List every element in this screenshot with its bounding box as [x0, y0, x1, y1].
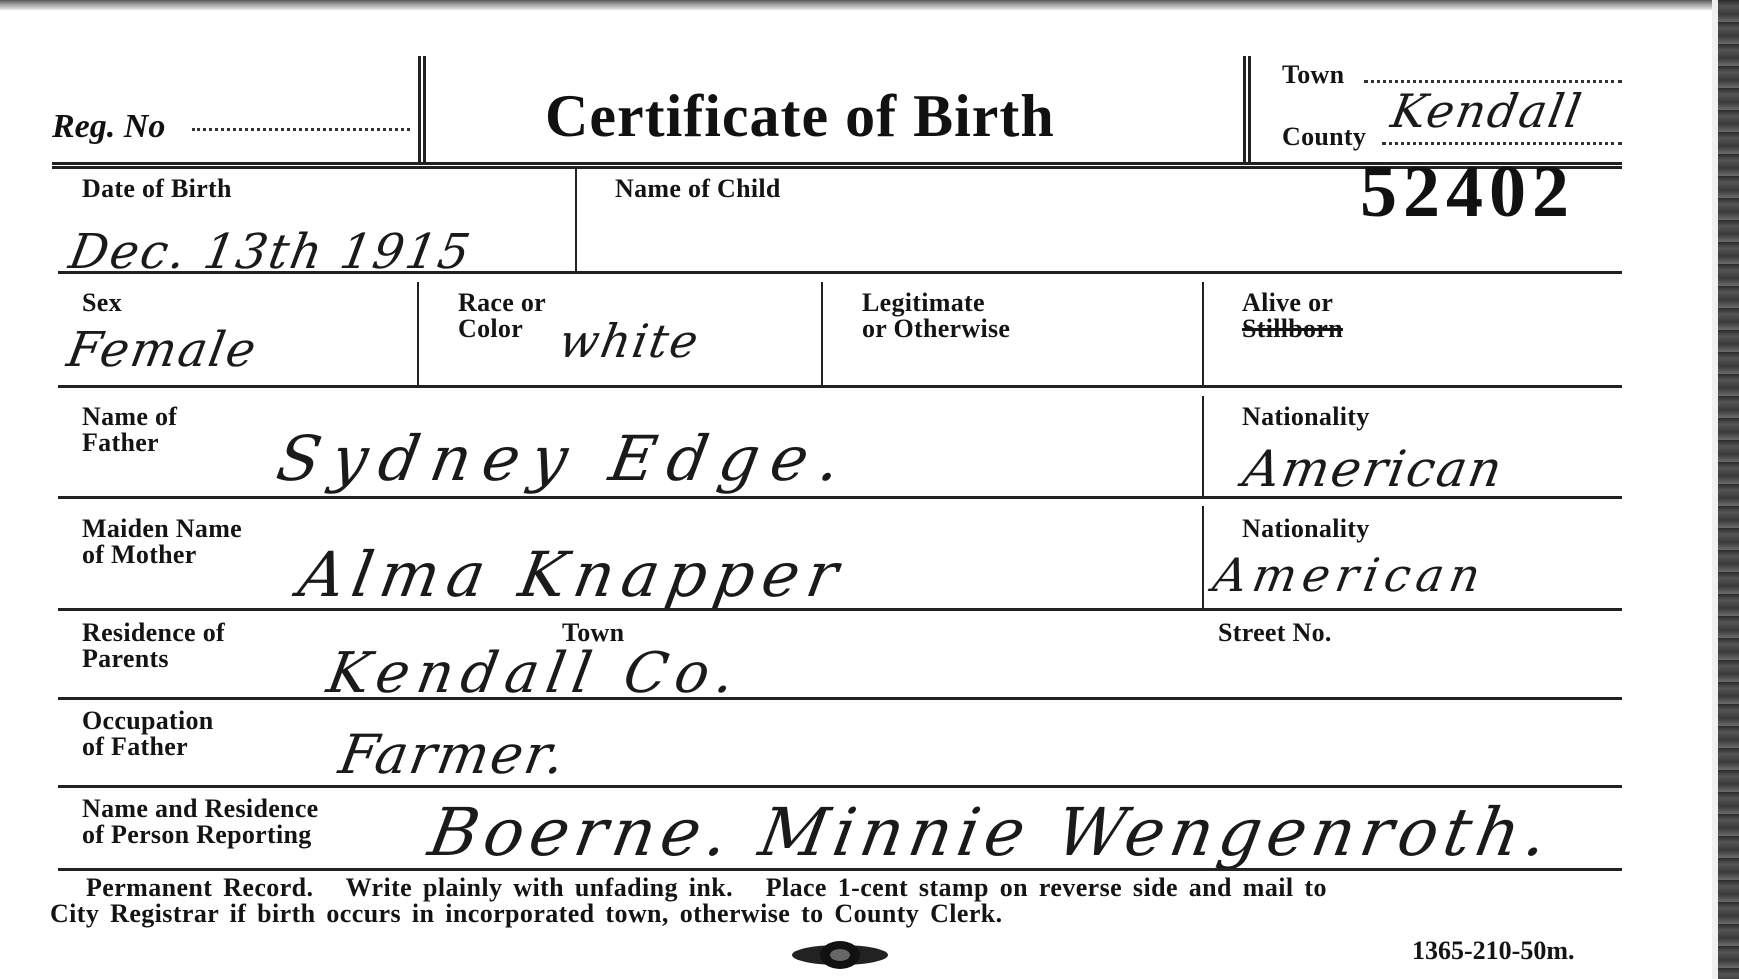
race-label-line2: Color — [458, 316, 523, 342]
mother-name-label-line1: Maiden Name — [82, 516, 242, 542]
row-rule — [58, 385, 1622, 388]
county-field[interactable] — [1382, 142, 1622, 145]
sex-value: Female — [64, 326, 261, 374]
name-of-child-label: Name of Child — [615, 176, 781, 202]
header-divider-left — [418, 56, 426, 164]
race-label-line1: Race or — [458, 290, 546, 316]
reg-no-label: Reg. No — [52, 108, 165, 146]
union-bug-icon — [790, 940, 890, 970]
row-rule — [58, 785, 1622, 788]
row-rule — [58, 496, 1622, 499]
street-no-value[interactable] — [1218, 650, 1608, 690]
mother-nationality-value: American — [1210, 552, 1490, 598]
mother-name-label-line2: of Mother — [82, 542, 197, 568]
residence-value: Kendall Co. — [323, 646, 747, 702]
mother-nationality-label: Nationality — [1242, 516, 1370, 542]
legitimate-label-line1: Legitimate — [862, 290, 985, 316]
certificate-number: 52402 — [1360, 150, 1575, 235]
reporter-label-line2: of Person Reporting — [82, 822, 312, 848]
divider — [821, 282, 823, 386]
county-label: County — [1282, 124, 1366, 150]
town-field[interactable] — [1364, 80, 1622, 83]
reporter-label-line1: Name and Residence — [82, 796, 319, 822]
town-label: Town — [1282, 62, 1344, 88]
row-rule — [58, 271, 1622, 274]
occupation-label-line1: Occupation — [82, 708, 214, 734]
divider — [1202, 396, 1204, 496]
legitimate-label-line2: or Otherwise — [862, 316, 1010, 342]
name-of-child-value[interactable] — [615, 215, 1375, 265]
stillborn-label-struck: Stillborn — [1242, 316, 1343, 342]
row-rule — [58, 697, 1622, 700]
print-code: 1365-210-50m. — [1412, 936, 1574, 966]
occupation-label-line2: of Father — [82, 734, 188, 760]
footer-line-1: Permanent Record. Write plainly with unf… — [50, 875, 1327, 901]
page-title: Certificate of Birth — [545, 82, 1055, 151]
residence-label-line1: Residence of — [82, 620, 225, 646]
divider — [417, 282, 419, 386]
father-name-value: Sydney Edge. — [273, 428, 858, 490]
reporter-value: Boerne. Minnie Wengenroth. — [424, 800, 1558, 866]
alive-label-line1: Alive or — [1242, 290, 1333, 316]
header-divider-right — [1243, 56, 1251, 164]
divider — [1202, 506, 1204, 608]
date-of-birth-label: Date of Birth — [82, 176, 232, 202]
father-name-label-line2: Father — [82, 430, 159, 456]
father-nationality-label: Nationality — [1242, 404, 1370, 430]
scan-top-edge — [0, 0, 1739, 10]
scan-right-edge — [1718, 0, 1739, 979]
street-no-label: Street No. — [1218, 620, 1332, 646]
father-name-label-line1: Name of — [82, 404, 177, 430]
footer-instructions: Permanent Record. Write plainly with unf… — [50, 875, 1327, 927]
occupation-value: Farmer. — [335, 728, 571, 782]
divider — [575, 168, 577, 272]
race-value: white — [556, 318, 704, 364]
row-rule — [58, 608, 1622, 611]
row-rule — [58, 868, 1622, 871]
mother-name-value: Alma Knapper — [295, 544, 851, 606]
father-nationality-value: American — [1240, 444, 1508, 494]
sex-label: Sex — [82, 290, 122, 316]
divider — [1202, 282, 1204, 386]
county-value: Kendall — [1388, 88, 1586, 134]
residence-label-line2: Parents — [82, 646, 169, 672]
reg-no-field[interactable] — [192, 128, 410, 131]
footer-line-2: City Registrar if birth occurs in incorp… — [50, 901, 1327, 927]
date-of-birth-value: Dec. 13th 1915 — [66, 228, 475, 276]
